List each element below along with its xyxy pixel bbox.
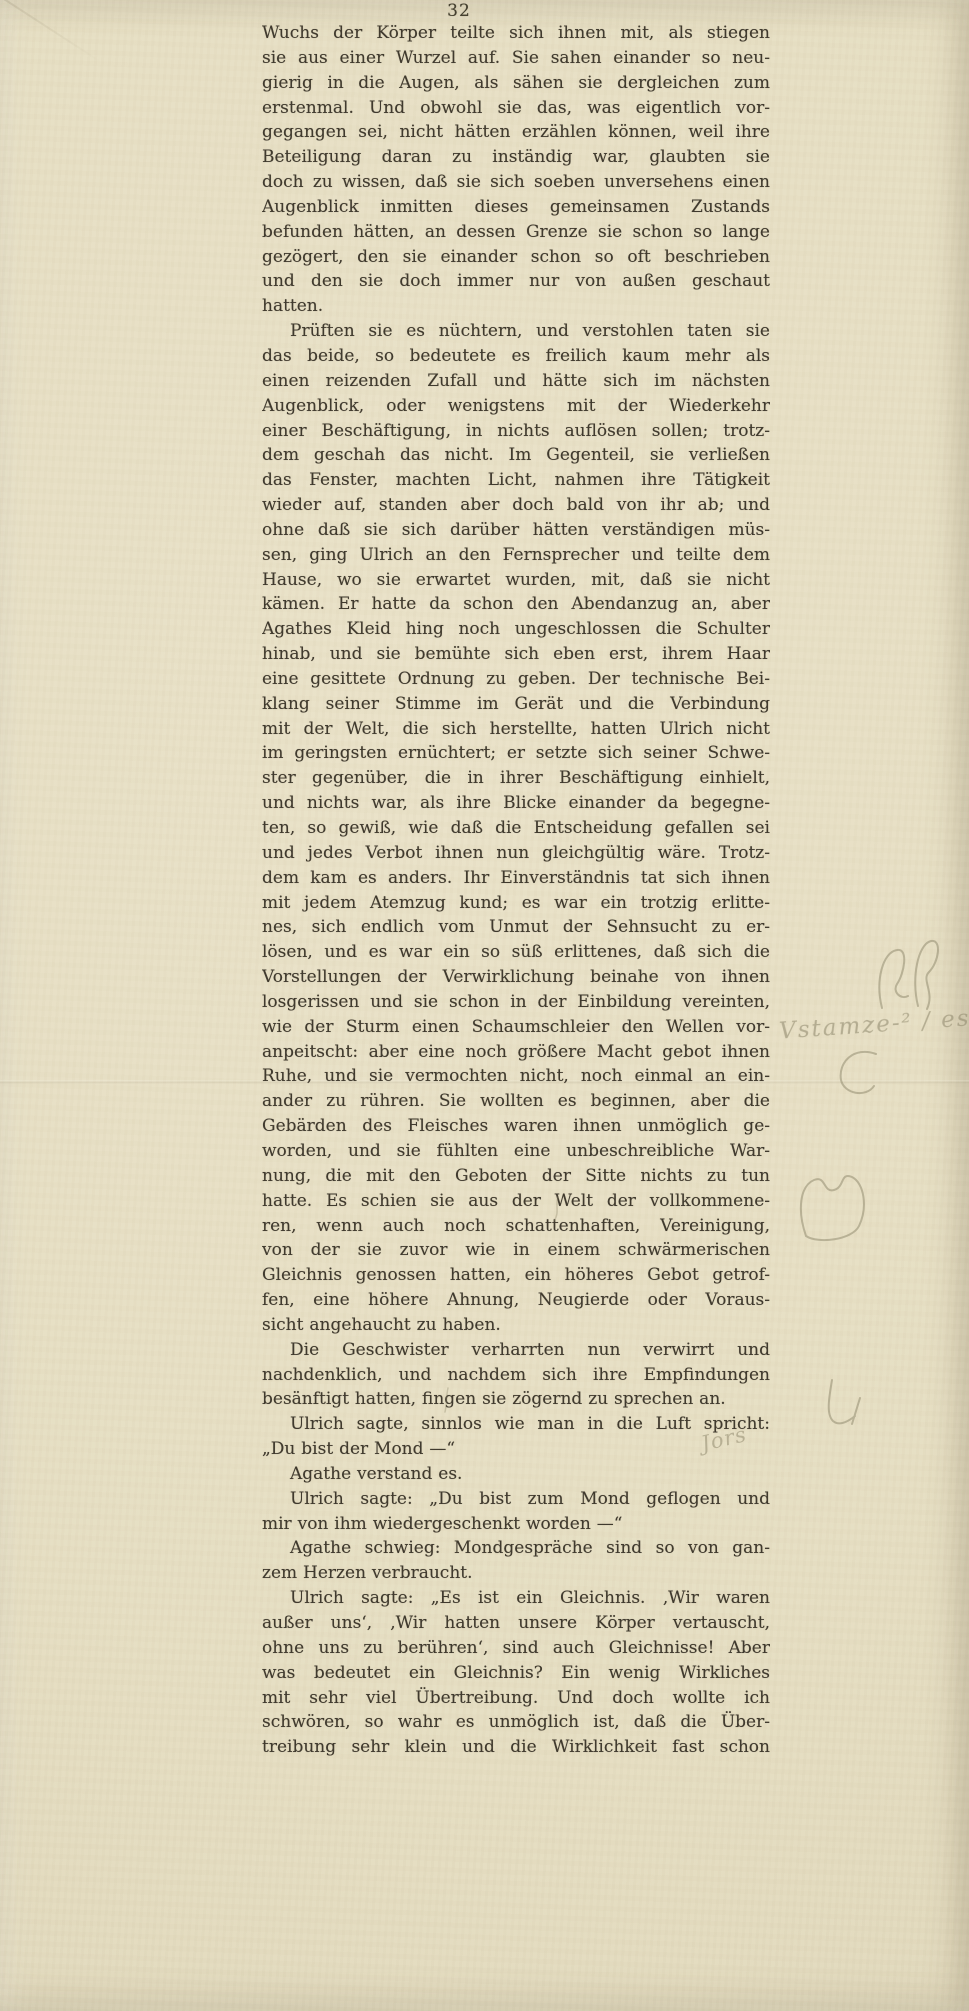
pencil-loop-icon: [841, 1052, 876, 1093]
text-line: das beide, so bedeutete es freilich kaum…: [262, 344, 770, 369]
text-line: gezögert, den sie einander schon so oft …: [262, 245, 770, 270]
text-line: klang seiner Stimme im Gerät und die Ver…: [262, 692, 770, 717]
text-line: mir von ihm wiedergeschenkt worden —“: [262, 1512, 770, 1537]
pencil-l-mark-icon: [829, 1380, 860, 1424]
text-line: Gebärden des Fleisches waren ihnen unmög…: [262, 1114, 770, 1139]
text-line: mit jedem Atemzug kund; es war ein trotz…: [262, 891, 770, 916]
text-line: Prüften sie es nüchtern, und verstohlen …: [262, 319, 770, 344]
text-line: dem geschah das nicht. Im Gegenteil, sie…: [262, 443, 770, 468]
text-line: Beteiligung daran zu inständig war, glau…: [262, 145, 770, 170]
text-line: ten, so gewiß, wie daß die Entscheidung …: [262, 816, 770, 841]
text-line: nachdenklich, und nachdem sich ihre Empf…: [262, 1363, 770, 1388]
text-line: Agathes Kleid hing noch ungeschlossen di…: [262, 617, 770, 642]
book-page-scan: 32 Wuchs der Körper teilte sich ihnen mi…: [0, 0, 969, 2011]
text-line: außer uns‘, ‚Wir hatten unsere Körper ve…: [262, 1611, 770, 1636]
text-line: dem kam es anders. Ihr Einverständnis ta…: [262, 866, 770, 891]
text-line: Ulrich sagte, sinnlos wie man in die Luf…: [262, 1412, 770, 1437]
text-line: losgerissen und sie schon in der Einbild…: [262, 990, 770, 1015]
text-line: und nichts war, als ihre Blicke einander…: [262, 791, 770, 816]
text-line: von der sie zuvor wie in einem schwärmer…: [262, 1238, 770, 1263]
text-line: Ruhe, und sie vermochten nicht, noch ein…: [262, 1064, 770, 1089]
text-line: besänftigt hatten, fingen sie zögernd zu…: [262, 1387, 770, 1412]
text-line: gegangen sei, nicht hätten erzählen könn…: [262, 120, 770, 145]
text-line: Gleichnis genossen hatten, ein höheres G…: [262, 1263, 770, 1288]
text-line: mit der Welt, die sich herstellte, hatte…: [262, 717, 770, 742]
text-line: Augenblick inmitten dieses gemeinsamen Z…: [262, 195, 770, 220]
text-line: schwören, so wahr es unmöglich ist, daß …: [262, 1710, 770, 1735]
text-line: ander zu rühren. Sie wollten es beginnen…: [262, 1089, 770, 1114]
text-line: Augenblick, oder wenigstens mit der Wied…: [262, 394, 770, 419]
text-line: fen, eine höhere Ahnung, Neugierde oder …: [262, 1288, 770, 1313]
text-line: ren, wenn auch noch schattenhaften, Vere…: [262, 1214, 770, 1239]
text-line: Die Geschwister verharrten nun verwirrt …: [262, 1338, 770, 1363]
text-line: treibung sehr klein und die Wirklichkeit…: [262, 1735, 770, 1760]
text-line: hatten.: [262, 294, 770, 319]
text-line: erstenmal. Und obwohl sie das, was eigen…: [262, 96, 770, 121]
text-line: einen reizenden Zufall und hätte sich im…: [262, 369, 770, 394]
text-line: Agathe schwieg: Mondgespräche sind so vo…: [262, 1536, 770, 1561]
pencil-blob-icon: [801, 1176, 864, 1240]
text-line: hinab, und sie bemühte sich eben erst, i…: [262, 642, 770, 667]
text-line: doch zu wissen, daß sie sich soeben unve…: [262, 170, 770, 195]
text-line: zem Herzen verbraucht.: [262, 1561, 770, 1586]
text-line: sen, ging Ulrich an den Fernsprecher und…: [262, 543, 770, 568]
text-line: „Du bist der Mond —“: [262, 1437, 770, 1462]
text-line: und jedes Verbot ihnen nun gleichgültig …: [262, 841, 770, 866]
text-line: sie aus einer Wurzel auf. Sie sahen eina…: [262, 46, 770, 71]
text-line: Hause, wo sie erwartet wurden, mit, daß …: [262, 568, 770, 593]
text-line: im geringsten ernüchtert; er setzte sich…: [262, 741, 770, 766]
text-line: eine gesittete Ordnung zu geben. Der tec…: [262, 667, 770, 692]
text-line: mit sehr viel Übertreibung. Und doch wol…: [262, 1686, 770, 1711]
pencil-squiggle-icon: [879, 941, 938, 1009]
text-line: was bedeutet ein Gleichnis? Ein wenig Wi…: [262, 1661, 770, 1686]
text-line: sicht angehaucht zu haben.: [262, 1313, 770, 1338]
text-line: wie der Sturm einen Schaumschleier den W…: [262, 1015, 770, 1040]
text-line: einer Beschäftigung, in nichts auflösen …: [262, 419, 770, 444]
text-block: Wuchs der Körper teilte sich ihnen mit, …: [262, 21, 770, 1760]
text-line: gierig in die Augen, als sähen sie dergl…: [262, 71, 770, 96]
text-line: und den sie doch immer nur von außen ges…: [262, 269, 770, 294]
text-line: kämen. Er hatte da schon den Abendanzug …: [262, 592, 770, 617]
text-line: ohne uns zu berühren‘, sind auch Gleichn…: [262, 1636, 770, 1661]
text-line: ster gegenüber, die in ihrer Beschäftigu…: [262, 766, 770, 791]
corner-crease: [0, 0, 102, 63]
pencil-note: Vstamze-² / es: [778, 1005, 969, 1044]
text-line: Ulrich sagte: „Es ist ein Gleichnis. ‚Wi…: [262, 1586, 770, 1611]
text-line: das Fenster, machten Licht, nahmen ihre …: [262, 468, 770, 493]
text-line: lösen, und es war ein so süß erlittenes,…: [262, 940, 770, 965]
text-line: ohne daß sie sich darüber hätten verstän…: [262, 518, 770, 543]
text-line: Agathe verstand es.: [262, 1462, 770, 1487]
text-line: nes, sich endlich vom Unmut der Sehnsuch…: [262, 915, 770, 940]
text-line: befunden hätten, an dessen Grenze sie sc…: [262, 220, 770, 245]
text-line: hatte. Es schien sie aus der Welt der vo…: [262, 1189, 770, 1214]
text-line: anpeitscht: aber eine noch größere Macht…: [262, 1040, 770, 1065]
text-line: worden, und sie fühlten eine unbeschreib…: [262, 1139, 770, 1164]
text-line: Wuchs der Körper teilte sich ihnen mit, …: [262, 21, 770, 46]
text-line: Ulrich sagte: „Du bist zum Mond geflogen…: [262, 1487, 770, 1512]
text-line: Vorstellungen der Verwirklichung beinahe…: [262, 965, 770, 990]
text-line: wieder auf, standen aber doch bald von i…: [262, 493, 770, 518]
page-number: 32: [399, 1, 519, 21]
text-line: nung, die mit den Geboten der Sitte nich…: [262, 1164, 770, 1189]
